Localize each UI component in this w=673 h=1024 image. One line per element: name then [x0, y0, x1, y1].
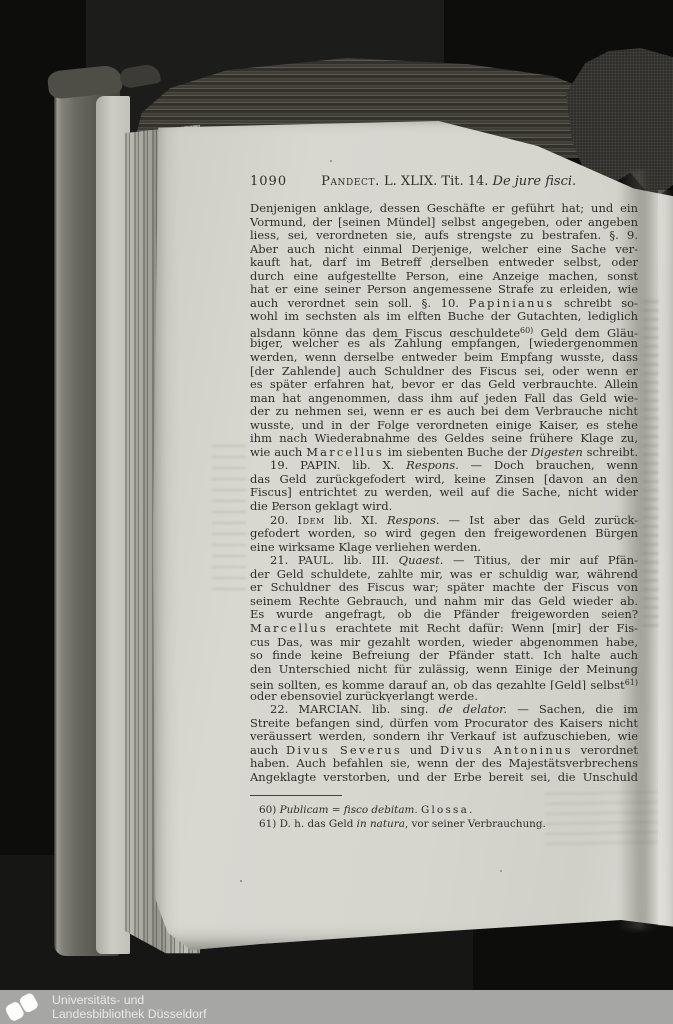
text-line: alsdann könne das dem Fiscus geschuldete…: [250, 324, 638, 338]
text-line: den Unterschied nicht für zulässig, wenn…: [250, 663, 638, 677]
text-line: hat er eine seiner Person angemessene St…: [250, 283, 638, 297]
text-line: 20. Idem lib. XI. Respons. — Ist aber da…: [250, 514, 638, 528]
text-line: Aber auch nicht einmal Derjenige, welche…: [250, 243, 638, 257]
text-line: sein sollten, es komme darauf an, ob das…: [250, 676, 638, 690]
text-line: kauft hat, darf im Betreff derselben ent…: [250, 256, 638, 270]
text-line: Vormund, der [seinen Mündel] selbst ange…: [250, 216, 638, 230]
footnote-section: 60) Publicam = fisco debitam. Glossa.61)…: [250, 795, 638, 832]
text-line: [der Zahlende] auch Schuldner des Fiscus…: [250, 365, 638, 379]
footnote-lines: 60) Publicam = fisco debitam. Glossa.61)…: [250, 803, 638, 832]
text-line: 61) D. h. das Geld in natura, vor seiner…: [250, 817, 638, 832]
text-line: 19. PAPIN. lib. X. Respons. — Doch brauc…: [250, 459, 638, 473]
facing-page-sliver: [658, 190, 673, 926]
page-header-title: Pandect. L. XLIX. Tit. 14. De jure fisci…: [321, 174, 576, 189]
text-line: 60) Publicam = fisco debitam. Glossa.: [250, 803, 638, 818]
text-line: man hat angenommen, dass ihm auf jeden F…: [250, 392, 638, 406]
page-number: 1090: [250, 174, 287, 189]
text-line: Marcellus erachtete mit Recht dafür: Wen…: [250, 622, 638, 636]
text-line: auch verordnet sein soll. §. 10. Papinia…: [250, 297, 638, 311]
text-line: werden, wenn derselbe entweder beim Empf…: [250, 351, 638, 365]
text-line: auch Divus Severus und Divus Antoninus v…: [250, 744, 638, 758]
page-text-block: 1090 Pandect. L. XLIX. Tit. 14. De jure …: [250, 174, 638, 832]
text-line: der Geld schuldete, zahlte mir, was er s…: [250, 568, 638, 582]
text-line: wusste, und in der Folge verordneten ein…: [250, 419, 638, 433]
text-line: wie auch Marcellus im siebenten Buche de…: [250, 446, 638, 460]
text-line: durch eine aufgestellte Person, eine Anz…: [250, 270, 638, 284]
paper-specks: [0, 0, 2, 2]
watermark-text: Universitäts- und Landesbibliothek Düsse…: [52, 993, 207, 1022]
text-line: es später erfahren hat, bevor er das Gel…: [250, 378, 638, 392]
text-line: Streite befangen sind, dürfen vom Procur…: [250, 717, 638, 731]
text-line: ihm nach Wiederabnahme des Geldes seine …: [250, 432, 638, 446]
book-scan-view: 1090 Pandect. L. XLIX. Tit. 14. De jure …: [0, 0, 673, 1024]
watermark-line2: Landesbibliothek Düsseldorf: [52, 1007, 207, 1022]
text-line: oder ebensoviel zurückverlangt werde.: [250, 690, 638, 704]
page-body-lines: Denjenigen anklage, dessen Geschäfte er …: [250, 202, 638, 785]
text-line: gefodert worden, so wird gegen den freig…: [250, 527, 638, 541]
footnote-rule: [250, 795, 342, 796]
page-header: 1090 Pandect. L. XLIX. Tit. 14. De jure …: [250, 174, 638, 189]
text-line: haben. Auch befahlen sie, wenn der des M…: [250, 757, 638, 771]
text-line: wohl im sechsten als im elften Buche der…: [250, 310, 638, 324]
text-line: liess, sei, verordneten sie, aufs streng…: [250, 229, 638, 243]
text-line: so finde keine Befreiung der Pfänder sta…: [250, 649, 638, 663]
text-line: 21. PAUL. lib. III. Quaest. — Titius, de…: [250, 554, 638, 568]
show-through-marks: [212, 445, 246, 595]
text-line: Angeklagte verstorben, und der Erbe bere…: [250, 771, 638, 785]
text-line: biger, welcher es als Zahlung empfangen,…: [250, 337, 638, 351]
text-line: Es wurde angefragt, ob die Pfänder freig…: [250, 608, 638, 622]
text-line: das Geld zurückgefodert wird, keine Zins…: [250, 473, 638, 487]
text-line: seinem Rechte Gebrauch, und nahm mir das…: [250, 595, 638, 609]
watermark-banner: Universitäts- und Landesbibliothek Düsse…: [0, 990, 673, 1024]
text-line: der zu nehmen sei, wenn er es auch bei d…: [250, 405, 638, 419]
watermark-line1: Universitäts- und: [52, 993, 207, 1008]
library-logo-icon: [5, 993, 43, 1021]
text-line: Fiscus] entrichtet zu werden, weil auf d…: [250, 486, 638, 500]
text-line: er Schuldner des Fiscus war; später mach…: [250, 581, 638, 595]
text-line: Denjenigen anklage, dessen Geschäfte er …: [250, 202, 638, 216]
text-line: die Person geklagt wird.: [250, 500, 638, 514]
text-line: veräussert werden, sondern ihr Verkauf i…: [250, 730, 638, 744]
text-line: cus Das, was mir gezahlt worden, wieder …: [250, 636, 638, 650]
text-line: 22. MARCIAN. lib. sing. de delator. — Sa…: [250, 703, 638, 717]
text-line: eine wirksame Klage verliehen werden.: [250, 541, 638, 555]
show-through-marks: [643, 300, 659, 630]
